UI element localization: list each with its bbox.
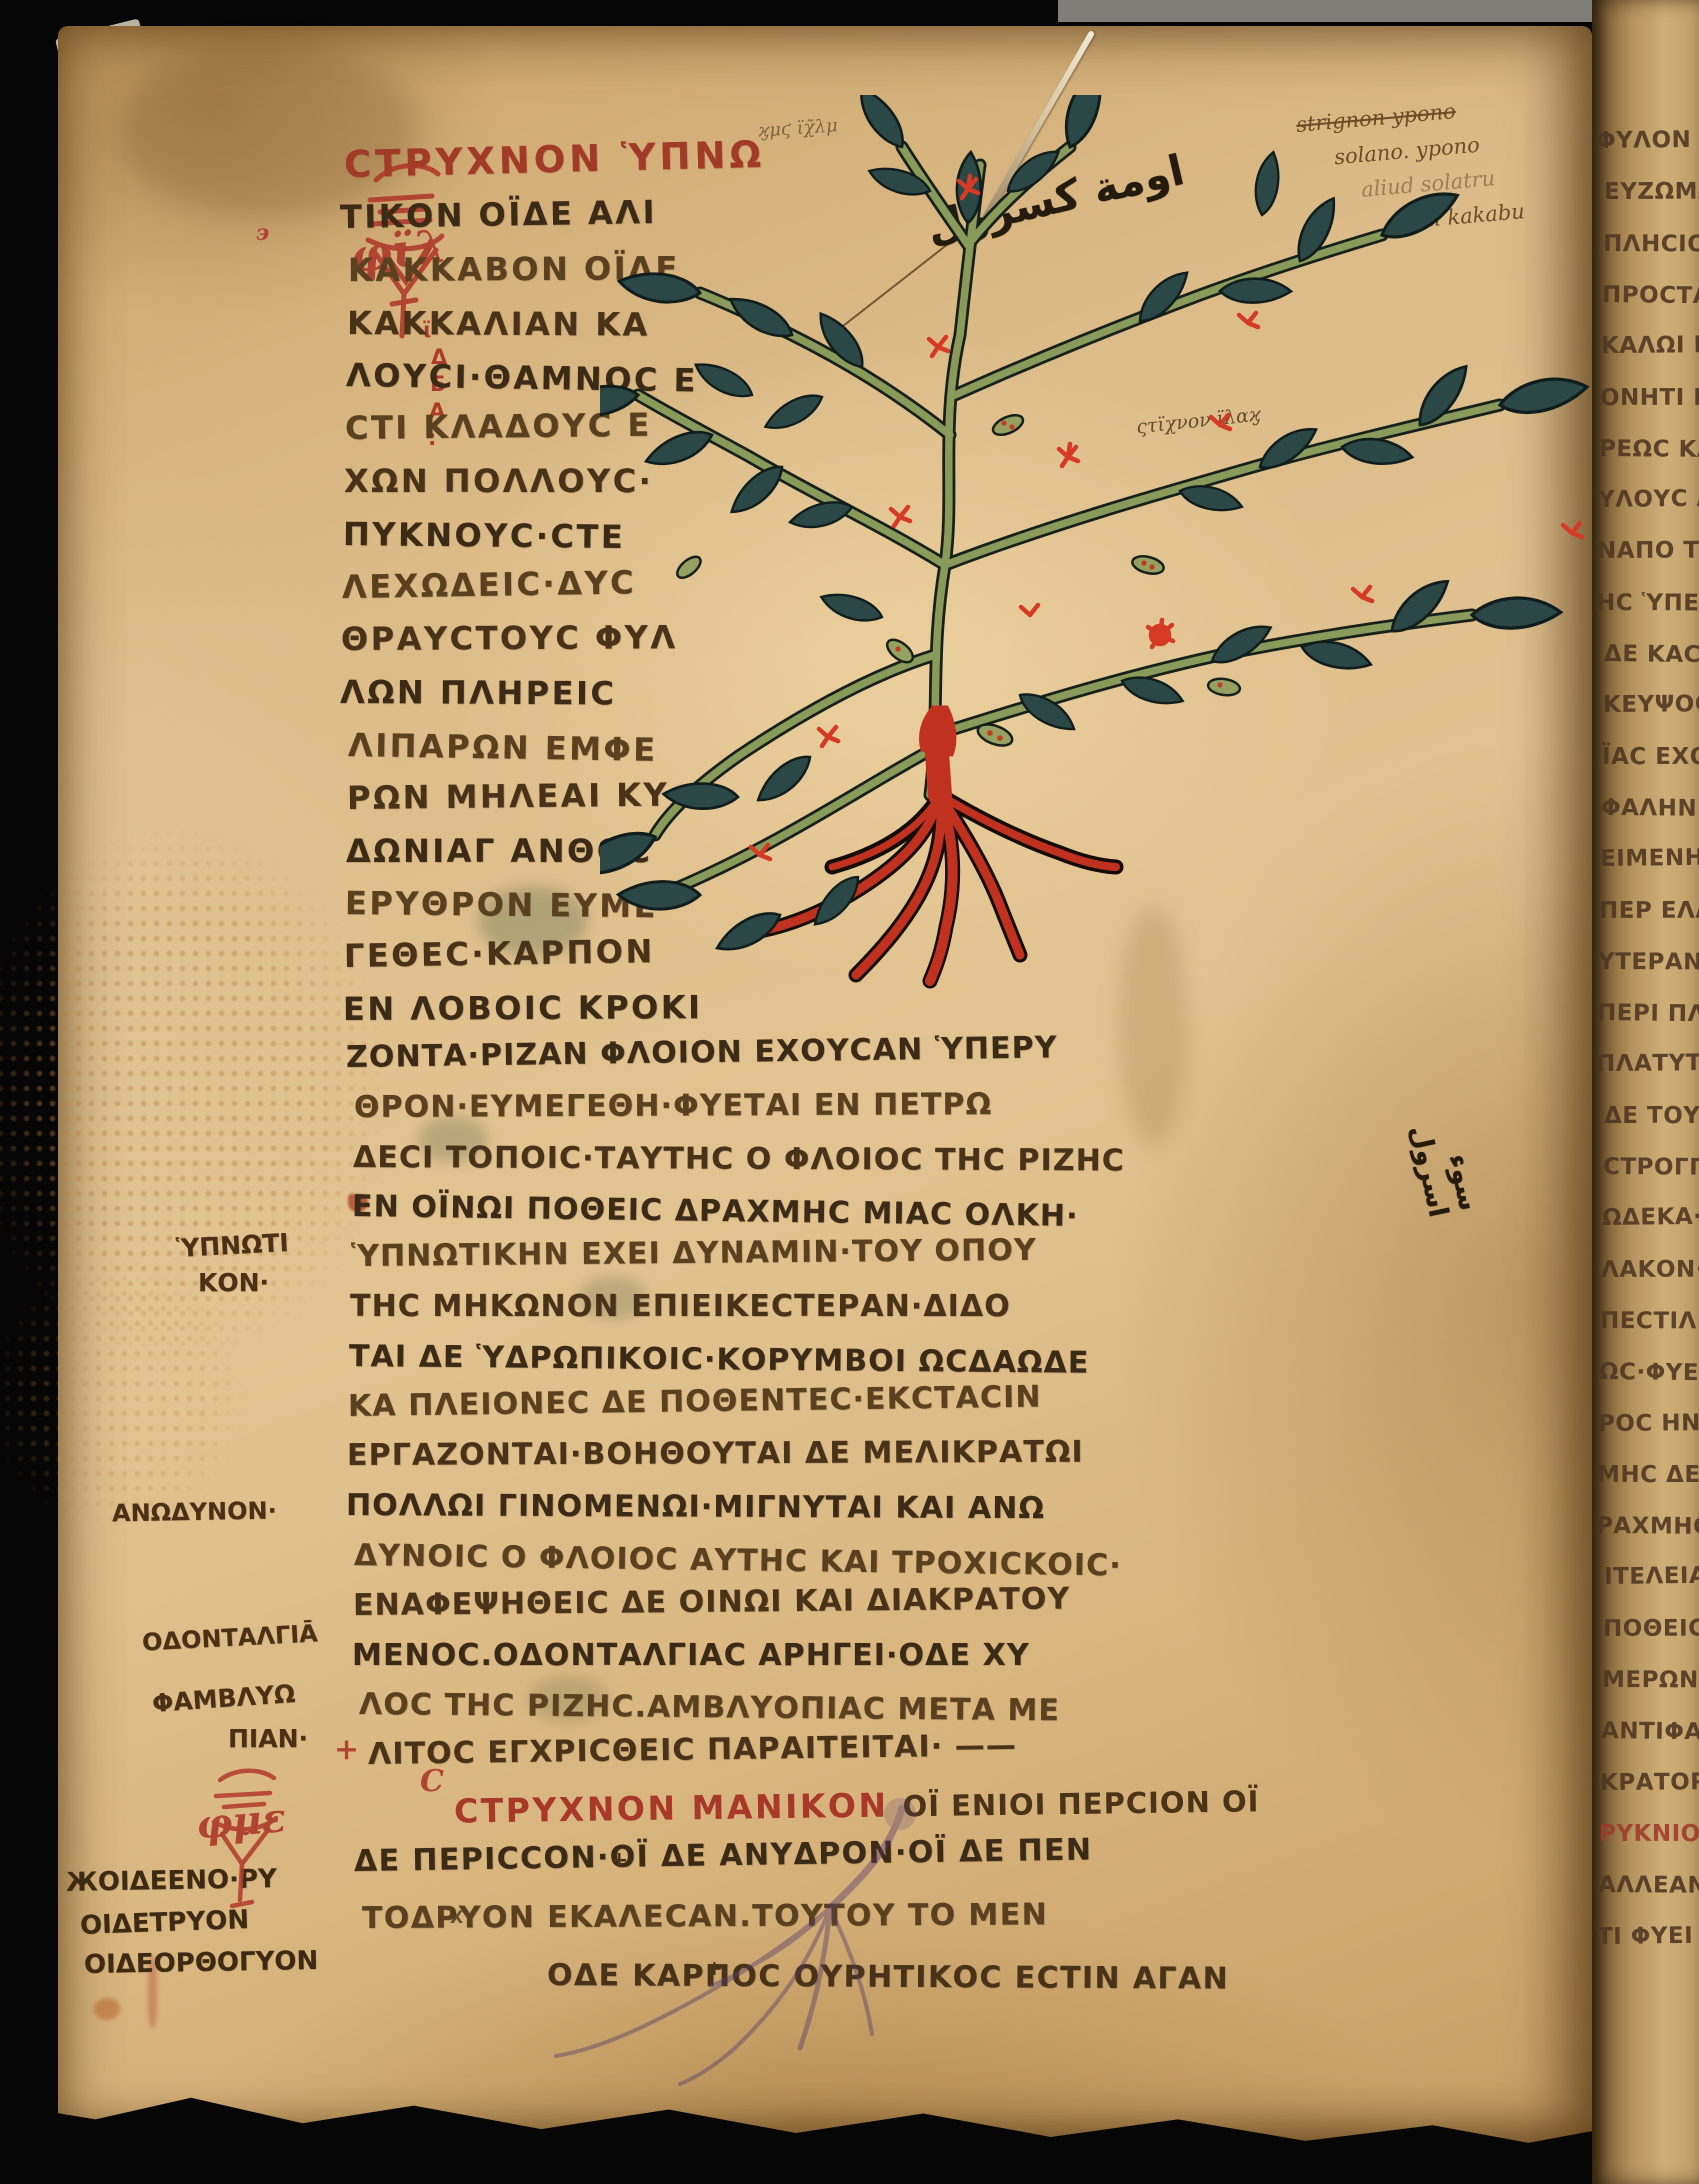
red-ornament-bottom (194, 1764, 294, 1934)
text-line: ΠΛΗϹΙΟΝ ΜΕΙ (1603, 231, 1699, 258)
red-marginalia-word: φμε (194, 1794, 288, 1849)
margin-note-hypnotikon: ΚΟΝ· (198, 1268, 269, 1297)
text-line: ΜΗϹ ΔΕ ΕΧΕΙ (1597, 1462, 1699, 1488)
strychnon-plant-illustration (600, 95, 1590, 1040)
margin-note-anodynon: ΑΝΩΔΥΝΟΝ· (112, 1497, 277, 1528)
text-line: ὙΠΝΩΤΙΚΗΝ ΕΧΕΙ ΔΥΝΑΜΙΝ·ΤΟΥ ΟΠΟΥ (351, 1233, 1037, 1274)
red-marginalia-cross: + (334, 1732, 359, 1767)
text-line: ΠΕΡ ΕΛΑΙΑΝ (1599, 897, 1699, 924)
stain (94, 1998, 120, 2020)
manuscript-photo: φϊλ ϶ ϊΔБΑ: ϹΤΡΥΧΝΟΝ ὙΠΝΩ ΤΙΚΟΝ ΟΪΔΕ ΑΛΙ… (0, 0, 1699, 2184)
chi-abbreviation-mark: Χ (450, 1908, 463, 1928)
text-line: ΡΕΩϹ ΚΑΛΕΙΤ (1599, 436, 1699, 463)
text-line: ΠΛΑΤΥΤΕΡΑ (1596, 1050, 1699, 1077)
next-page-fold: ΦΥΛΟΝ ΕϹΤΙΕΥΖΩΜΩ ΠΑΡΠΛΗϹΙΟΝ ΜΕΙΠΡΟϹΤΑΤΗϹ… (1592, 0, 1699, 2184)
text-line: ΑΛΛΕΑΝ ΚΑΛΟ (1598, 1872, 1699, 1899)
text-line: ΛΩΝ ΠΛΗΡΕΙϹ (340, 673, 617, 712)
text-line: ΤΙ ΦΥΕΙ ΚΛΩ (1597, 1922, 1699, 1950)
text-line: ΠΥΚΝΟΥϹ·ϹΤΕ (343, 515, 626, 556)
text-line: ΚΑΛΩΙ ΚΑΙ (1601, 332, 1699, 359)
text-line: ΔΕϹΙ ΤΟΠΟΙϹ·ΤΑΥΤΗϹ Ο ΦΛΟΙΟϹ ΤΗϹ ΡΙΖΗϹ (353, 1140, 1125, 1179)
text-line: ΕΝΑΦΕΨΗΘΕΙϹ ΔΕ ΟΙΝΩΙ ΚΑΙ ΔΙΑΚΡΑΤΟΥ (353, 1581, 1071, 1623)
margin-note-amblyopia: ΦΑΜΒΛΥΩ (151, 1679, 296, 1718)
manuscript-page: φϊλ ϶ ϊΔБΑ: ϹΤΡΥΧΝΟΝ ὙΠΝΩ ΤΙΚΟΝ ΟΪΔΕ ΑΛΙ… (58, 26, 1592, 2148)
text-line: ΘΡΟΝ·ΕΥΜΕΓΕΘΗ·ΦΥΕΤΑΙ ΕΝ ΠΕΤΡΩ (354, 1087, 992, 1125)
text-line: ΤΑΙ ΔΕ ὙΔΡΩΠΙΚΟΙϹ·ΚΟΡΥΜΒΟΙ ΩϹΔΑΩΔΕ (349, 1339, 1090, 1381)
text-line: ΩϹ·ΦΥΕΤΑ (1599, 1359, 1699, 1387)
text-line: ΪΑϹ ΕΧΟΝΤΑ (1602, 744, 1699, 770)
text-line: ΕΥΖΩΜΩ ΠΑΡ (1604, 178, 1699, 205)
text-line: ΛΙΤΟϹ ΕΓΧΡΙϹΘΕΙϹ ΠΑΡΑΙΤΕΙΤΑΙ· —— (368, 1728, 1017, 1772)
ink-offset-stain (520, 1790, 1000, 2100)
text-line: ΚΡΑΤΟΡ ΠΟΛΥΧ (1600, 1768, 1699, 1796)
text-line: ΥΛΟΥϹ ΔΕ ΑΝ (1598, 485, 1699, 513)
text-line: ΦΑΛΗΝ ΕΠ (1601, 795, 1699, 822)
red-marginalia-mark: ϶ (256, 220, 269, 246)
text-line: ΜΕΡΩΝ·Δ̄·ΔΕ (1602, 1667, 1699, 1694)
text-line: ΚΕΥΨΟϹ Ο (1603, 691, 1699, 718)
text-line: ΔΕ ΤΟΥΤΟ ΚΑ (1604, 1103, 1699, 1129)
text-line: ΗϹ ὙΠΕΡΦΥ (1596, 590, 1699, 617)
text-line: ΛΑΚΟΝ·ΩϹΠ (1601, 1256, 1699, 1283)
text-line: ΕΡΓΑΖΟΝΤΑΙ·ΒΟΗΘΟΥΤΑΙ ΔΕ ΜΕΛΙΚΡΑΤΩΙ (347, 1435, 1084, 1473)
text-line: ΠΕΡΙ ΠΛΑΤΑΝ (1597, 1000, 1699, 1028)
text-line: ΕΙΜΕΝΗΝ (1600, 845, 1699, 872)
text-line: ΡΑΧΜΗϹ ΜΙΑ (1596, 1513, 1699, 1540)
text-line: ΝΑΠΟ ΤΗϹ (1597, 537, 1699, 564)
text-line: ΩΔΕΚΑ·ΟΛ (1602, 1203, 1699, 1231)
margin-note-amblyopia: ΠΙΑΝ· (228, 1724, 308, 1753)
text-line: ΔΕ ΚΑϹΤΗ (1604, 641, 1699, 669)
text-line: ΚΑ ΠΛΕΙΟΝΕϹ ΔΕ ΠΟΘΕΝΤΕϹ·ΕΚϹΤΑϹΙΝ (348, 1380, 1042, 1424)
arabic-annotation-side: سوء اسرول (1395, 1074, 1484, 1220)
text-line: ΦΥΛΟΝ ΕϹΤΙ (1596, 126, 1699, 154)
text-line: ΠΟΘΕΙϹΑΙ ΕΞΙϹ (1603, 1615, 1699, 1642)
parchment-follicle-pattern (0, 1256, 248, 1536)
text-line: ΡΥΚΝΙΟΝ ΟΙΚΡΑ (1599, 1821, 1699, 1847)
text-line: ϹΤΡΟΓΓΥΛΟ (1603, 1154, 1699, 1181)
text-line: ΟΝΗΤΙ ΚΑΙ (1600, 385, 1699, 411)
text-line: ΤΗϹ ΜΗΚΩΝΟΝ ΕΠΙΕΙΚΕϹΤΕΡΑΝ·ΔΙΔΟ (350, 1289, 1011, 1324)
text-line: ΠΕϹΤΙΛΕΥ (1600, 1308, 1699, 1335)
text-line: ΥΤΕΡΑΝ ΔΕ (1598, 949, 1699, 976)
margin-note-odontalgia: ΟΔΟΝΤΑΛΓΙᾹ (141, 1619, 318, 1656)
text-line: ΑΝΤΙΦΑΡΜΑΚ (1601, 1718, 1699, 1746)
text-line: ΕΝ ΟΪΝΩΙ ΠΟΘΕΙϹ ΔΡΑΧΜΗϹ ΜΙΑϹ ΟΛΚΗ· (352, 1189, 1079, 1234)
text-line: ΠΟΛΛΩΙ ΓΙΝΟΜΕΝΩΙ·ΜΙΓΝΥΤΑΙ ΚΑΙ ΑΝΩ (346, 1488, 1045, 1526)
text-line: ΡΟϹ ΗΝ ΕΜΟ (1598, 1410, 1699, 1437)
text-line: ΛΕΧΩΔΕΙϹ·ΔΥϹ (342, 563, 637, 606)
text-line: ΠΡΟϹΤΑΤΗϹ (1602, 282, 1699, 310)
text-line: ΙΤΕΛΕΙΑΝ ΟΥ (1604, 1562, 1699, 1590)
margin-note-hypnotikon: ὙΠΝΩΤΙ (175, 1228, 289, 1263)
text-line: ΜΕΝΟϹ.ΟΔΟΝΤΑΛΓΙΑϹ ΑΡΗΓΕΙ·ΟΔΕ ΧΥ (352, 1638, 1030, 1673)
text-line: ΛΟϹ ΤΗϹ ΡΙΖΗϹ.ΑΜΒΛΥΟΠΙΑϹ ΜΕΤΑ ΜΕ (359, 1687, 1060, 1728)
margin-synonym-gloss: ΟΙΔΕΟΡΘΟΓΥΟΝ (84, 1946, 319, 1980)
red-initial: Ϲ (420, 1764, 444, 1799)
text-line: ΔΥΝΟΙϹ Ο ΦΛΟΙΟϹ ΑΥΤΗϹ ΚΑΙ ΤΡΟΧΙϹΚΟΙϹ· (354, 1538, 1122, 1583)
scanner-strip (1058, 0, 1658, 22)
